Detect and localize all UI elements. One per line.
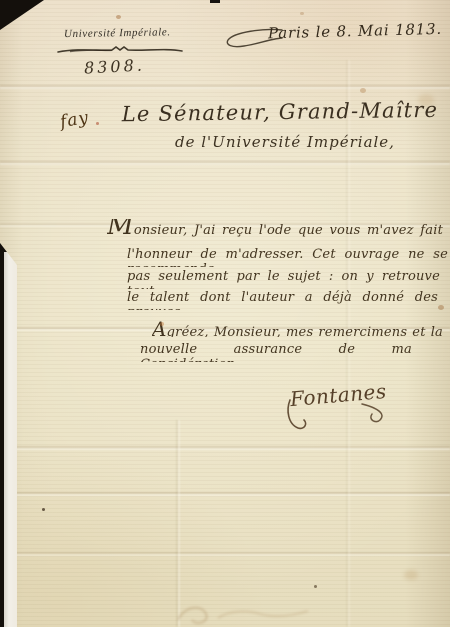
stain bbox=[404, 570, 418, 580]
foxing-spot bbox=[360, 88, 366, 93]
body-line: Monsieur, J'ai reçu l'ode que vous m'ave… bbox=[107, 219, 443, 239]
fold-crease bbox=[0, 492, 450, 496]
photo-backdrop: Université Impériale. 8308. fay Paris le… bbox=[0, 0, 450, 627]
fold-crease bbox=[0, 446, 450, 450]
photo-edge-mark bbox=[210, 0, 220, 3]
fold-crease bbox=[0, 161, 450, 165]
foxing-spot bbox=[300, 12, 304, 15]
ink-speck bbox=[314, 585, 317, 588]
body-line: pas seulement par le sujet : on y retrou… bbox=[127, 269, 440, 289]
body-line: le talent dont l'auteur a déjà donné des… bbox=[127, 290, 438, 310]
ink-speck bbox=[96, 122, 99, 125]
foxing-spot bbox=[438, 305, 444, 310]
closing-line: Agréez, Monsieur, mes remercimens et la bbox=[152, 317, 443, 337]
backing-sheet bbox=[4, 252, 18, 627]
letter-paper: Université Impériale. 8308. fay Paris le… bbox=[0, 0, 450, 627]
signature-flourish bbox=[284, 398, 394, 432]
foxing-spot bbox=[160, 322, 164, 326]
dateline: Paris le 8. Mai 1813. bbox=[268, 20, 446, 43]
letterhead-title-line2: de l'Université Impériale, bbox=[148, 133, 422, 151]
laid-paper-texture bbox=[0, 0, 450, 627]
margin-paraph: fay bbox=[58, 108, 90, 133]
body-line: l'honneur de m'adresser. Cet ouvrage ne … bbox=[127, 247, 448, 267]
ink-speck bbox=[42, 508, 45, 511]
foxing-spot bbox=[116, 15, 121, 19]
fold-crease bbox=[0, 552, 450, 556]
letterhead-title-line1: Le Sénateur, Grand-Maître bbox=[118, 98, 442, 127]
fold-crease bbox=[0, 85, 450, 89]
ink-showthrough bbox=[168, 596, 328, 626]
closing-line: nouvelle assurance de ma Considération. bbox=[140, 342, 412, 362]
bureau-stamp-text: Université Impériale. bbox=[64, 26, 194, 40]
stain bbox=[418, 94, 434, 106]
swelled-rule-ornament bbox=[56, 44, 184, 56]
registry-number: 8308. bbox=[84, 55, 146, 77]
